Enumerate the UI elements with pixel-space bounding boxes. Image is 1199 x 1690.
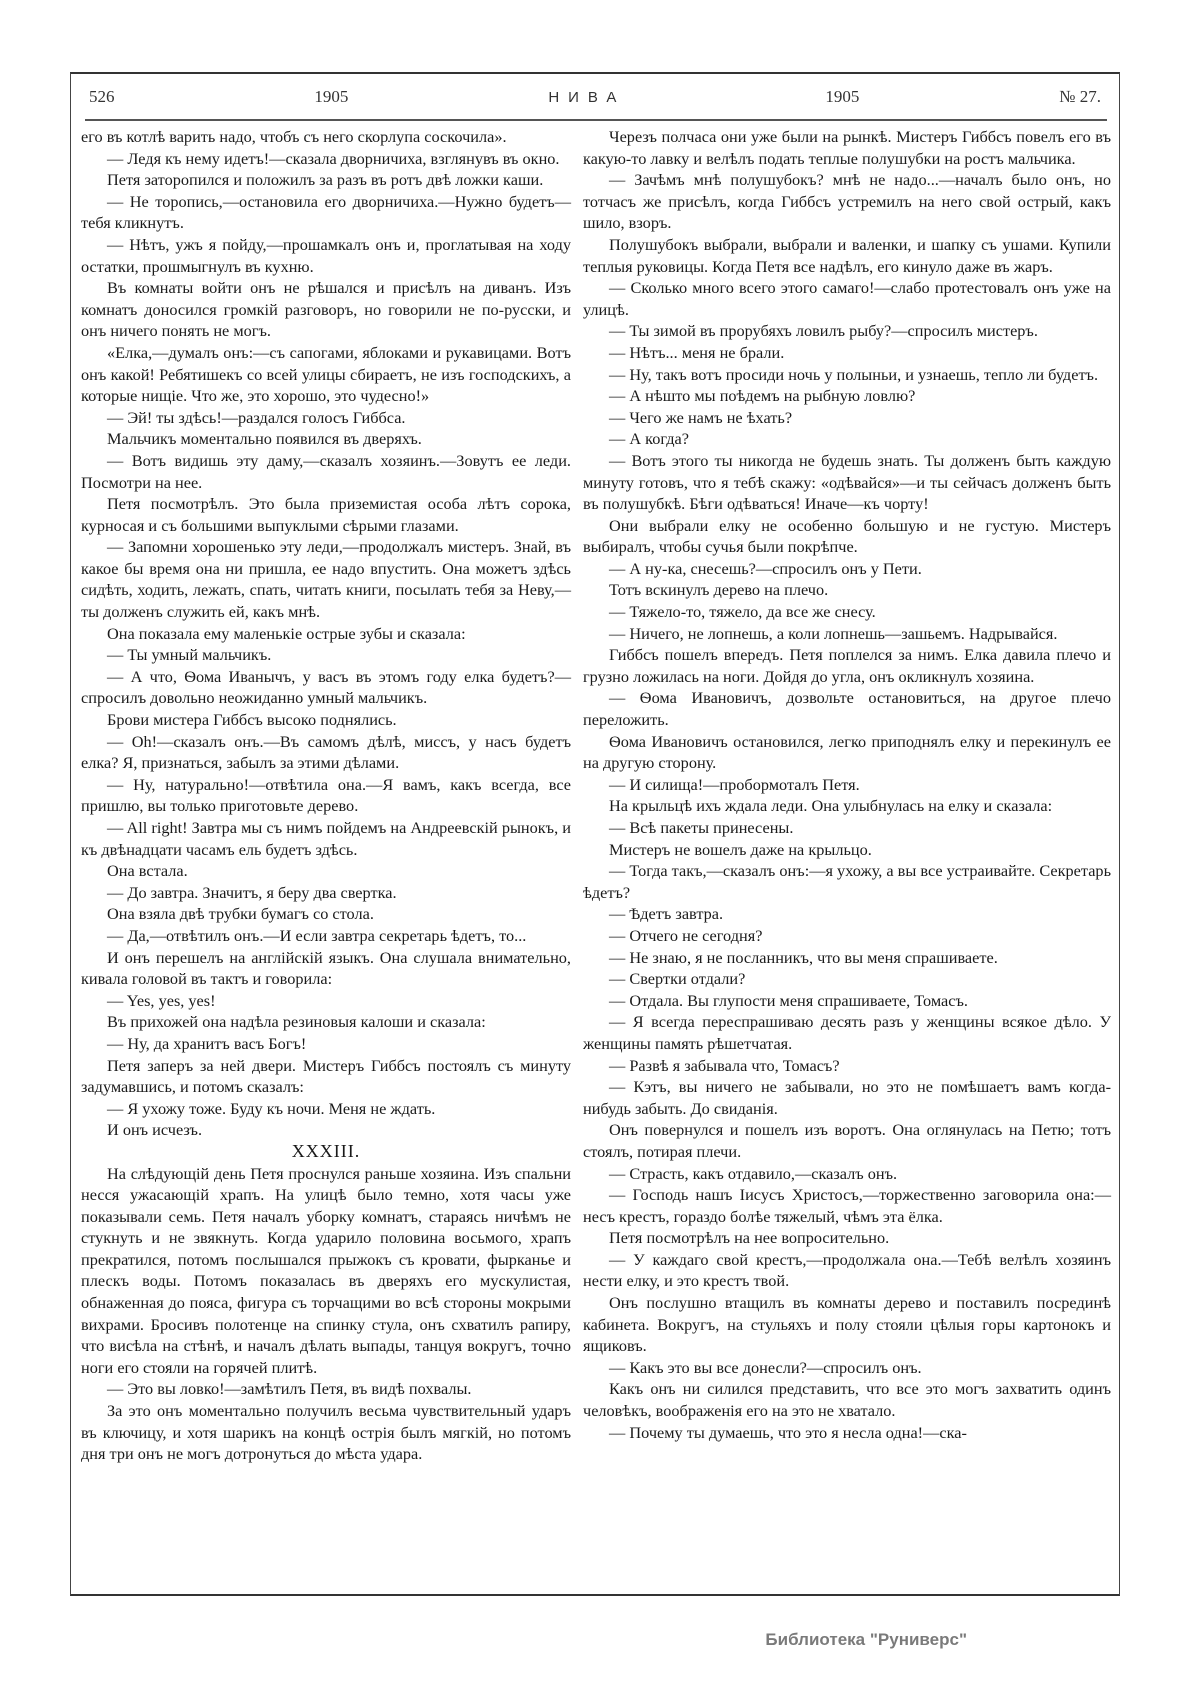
paragraph: — Нѣтъ, ужъ я пойду,—прошамкалъ онъ и, п…: [81, 234, 571, 277]
paragraph: Онъ послушно втащилъ въ комнаты дерево и…: [583, 1292, 1111, 1357]
paragraph: Брови мистера Гиббсъ высоко поднялись.: [81, 709, 571, 731]
paragraph: — До завтра. Значитъ, я беру два свертка…: [81, 882, 571, 904]
paragraph: — Ледя къ нему идетъ!—сказала дворничиха…: [81, 148, 571, 170]
paragraph: — А когда?: [583, 428, 1111, 450]
paragraph: — Да,—отвѣтилъ онъ.—И если завтра секрет…: [81, 925, 571, 947]
paragraph: — Эй! ты здѣсь!—раздался голосъ Гиббса.: [81, 407, 571, 429]
library-watermark: Библиотека "Руниверс": [0, 1630, 1199, 1650]
header-year-right: 1905: [825, 87, 859, 107]
paragraph: И онъ исчезъ.: [81, 1119, 571, 1141]
paragraph: — Ну, натурально!—отвѣтила она.—Я вамъ, …: [81, 774, 571, 817]
paragraph: Полушубокъ выбрали, выбрали и валенки, и…: [583, 234, 1111, 277]
paragraph: — Это вы ловко!—замѣтилъ Петя, въ видѣ п…: [81, 1378, 571, 1400]
issue-number: № 27.: [1059, 87, 1101, 107]
page-number: 526: [89, 87, 115, 107]
paragraph: — Отдала. Вы глупости меня спрашиваете, …: [583, 990, 1111, 1012]
paragraph: — Какъ это вы все донесли?—спросилъ онъ.: [583, 1357, 1111, 1379]
right-column: Черезъ полчаса они уже были на рынкѣ. Ми…: [583, 126, 1111, 1443]
paragraph: — Я всегда переспрашиваю десять разъ у ж…: [583, 1011, 1111, 1054]
paragraph: Петя заперъ за ней двери. Мистеръ Гиббсъ…: [81, 1055, 571, 1098]
paragraph: — Не знаю, я не посланникъ, что вы меня …: [583, 947, 1111, 969]
paragraph: Гиббсъ пошелъ впередъ. Петя поплелся за …: [583, 644, 1111, 687]
paragraph: — И силища!—пробормоталъ Петя.: [583, 774, 1111, 796]
paragraph: Черезъ полчаса они уже были на рынкѣ. Ми…: [583, 126, 1111, 169]
paragraph: — Ну, такъ вотъ просиди ночь у полыньи, …: [583, 364, 1111, 386]
paragraph: «Елка,—думалъ онъ:—съ сапогами, яблоками…: [81, 342, 571, 407]
header-rule: [85, 119, 1107, 121]
paragraph: — Развѣ я забывала что, Томасъ?: [583, 1055, 1111, 1077]
paragraph: Какъ онъ ни силился представить, что все…: [583, 1378, 1111, 1421]
paragraph: Петя посмотрѣлъ на нее вопросительно.: [583, 1227, 1111, 1249]
left-column: его въ котлѣ варить надо, чтобъ съ него …: [81, 126, 571, 1465]
paragraph: Она взяла двѣ трубки бумагъ со стола.: [81, 903, 571, 925]
chapter-heading: XXXIII.: [81, 1141, 571, 1163]
paragraph: — Ѳома Ивановичъ, дозвольте остановиться…: [583, 687, 1111, 730]
paragraph: Петя посмотрѣлъ. Это была приземистая ос…: [81, 493, 571, 536]
paragraph: — Я ухожу тоже. Буду къ ночи. Меня не жд…: [81, 1098, 571, 1120]
paragraph: — А что, Ѳома Иванычъ, у васъ въ этомъ г…: [81, 666, 571, 709]
paragraph: — Ѣдетъ завтра.: [583, 903, 1111, 925]
paragraph: Она показала ему маленькіе острые зубы и…: [81, 623, 571, 645]
paragraph: Въ прихожей она надѣла резиновыя калоши …: [81, 1011, 571, 1033]
paragraph: — Ты зимой въ прорубяхъ ловилъ рыбу?—спр…: [583, 320, 1111, 342]
paragraph: Ѳома Ивановичъ остановился, легко припод…: [583, 731, 1111, 774]
paragraph: — Тогда такъ,—сказалъ онъ:—я ухожу, а вы…: [583, 860, 1111, 903]
paragraph: Они выбрали елку не особенно большую и н…: [583, 515, 1111, 558]
paragraph: Петя заторопился и положилъ за разъ въ р…: [81, 169, 571, 191]
paragraph: — Ничего, не лопнешь, а коли лопнешь—заш…: [583, 623, 1111, 645]
paragraph: — Свертки отдали?: [583, 968, 1111, 990]
paragraph: — Господь нашъ Іисусъ Христосъ,—торжеств…: [583, 1184, 1111, 1227]
page-frame: 526 1905 НИВА 1905 № 27. его въ котлѣ ва…: [70, 72, 1120, 1596]
paragraph: — Сколько много всего этого самаго!—слаб…: [583, 277, 1111, 320]
paragraph: — А нѣшто мы поѣдемъ на рыбную ловлю?: [583, 385, 1111, 407]
paragraph: — Отчего не сегодня?: [583, 925, 1111, 947]
paragraph: Въ комнаты войти онъ не рѣшался и присѣл…: [81, 277, 571, 342]
paragraph: — Yes, yes, yes!: [81, 990, 571, 1012]
paragraph: — Почему ты думаешь, что это я несла одн…: [583, 1422, 1111, 1444]
paragraph: Онъ повернулся и пошелъ изъ воротъ. Она …: [583, 1119, 1111, 1162]
paragraph: И онъ перешелъ на англійскій языкъ. Она …: [81, 947, 571, 990]
paragraph: — Всѣ пакеты принесены.: [583, 817, 1111, 839]
paragraph: — Страсть, какъ отдавило,—сказалъ онъ.: [583, 1163, 1111, 1185]
header-year-left: 1905: [314, 87, 348, 107]
paragraph: — Чего же намъ не ѣхать?: [583, 407, 1111, 429]
paragraph: — Oh!—сказалъ онъ.—Въ самомъ дѣлѣ, миссъ…: [81, 731, 571, 774]
paragraph: — У каждаго свой крестъ,—продолжала она.…: [583, 1249, 1111, 1292]
paragraph: его въ котлѣ варить надо, чтобъ съ него …: [81, 126, 571, 148]
paragraph: Мальчикъ моментально появился въ дверяхъ…: [81, 428, 571, 450]
journal-title: НИВА: [548, 89, 625, 106]
paragraph: — Ты умный мальчикъ.: [81, 644, 571, 666]
paragraph: — Нѣтъ... меня не брали.: [583, 342, 1111, 364]
paragraph: — Вотъ видишь эту даму,—сказалъ хозяинъ.…: [81, 450, 571, 493]
paragraph: — Не торопись,—остановила его дворничиха…: [81, 191, 571, 234]
paragraph: — Запомни хорошенько эту леди,—продолжал…: [81, 536, 571, 622]
paragraph: — Вотъ этого ты никогда не будешь знать.…: [583, 450, 1111, 515]
paragraph: Она встала.: [81, 860, 571, 882]
paragraph: — Ну, да хранитъ васъ Богъ!: [81, 1033, 571, 1055]
paragraph: На слѣдующій день Петя проснулся раньше …: [81, 1163, 571, 1379]
running-header: 526 1905 НИВА 1905 № 27.: [89, 82, 1101, 112]
paragraph: За это онъ моментально получилъ весьма ч…: [81, 1400, 571, 1465]
paragraph: — Тяжело-то, тяжело, да все же снесу.: [583, 601, 1111, 623]
paragraph: — А ну-ка, снесешь?—спросилъ онъ у Пети.: [583, 558, 1111, 580]
paragraph: На крыльцѣ ихъ ждала леди. Она улыбнулас…: [583, 795, 1111, 817]
paragraph: — Кэтъ, вы ничего не забывали, но это не…: [583, 1076, 1111, 1119]
paragraph: Тотъ вскинулъ дерево на плечо.: [583, 579, 1111, 601]
paragraph: — Зачѣмъ мнѣ полушубокъ? мнѣ не надо...—…: [583, 169, 1111, 234]
paragraph: — All right! Завтра мы съ нимъ пойдемъ н…: [81, 817, 571, 860]
paragraph: Мистеръ не вошелъ даже на крыльцо.: [583, 839, 1111, 861]
